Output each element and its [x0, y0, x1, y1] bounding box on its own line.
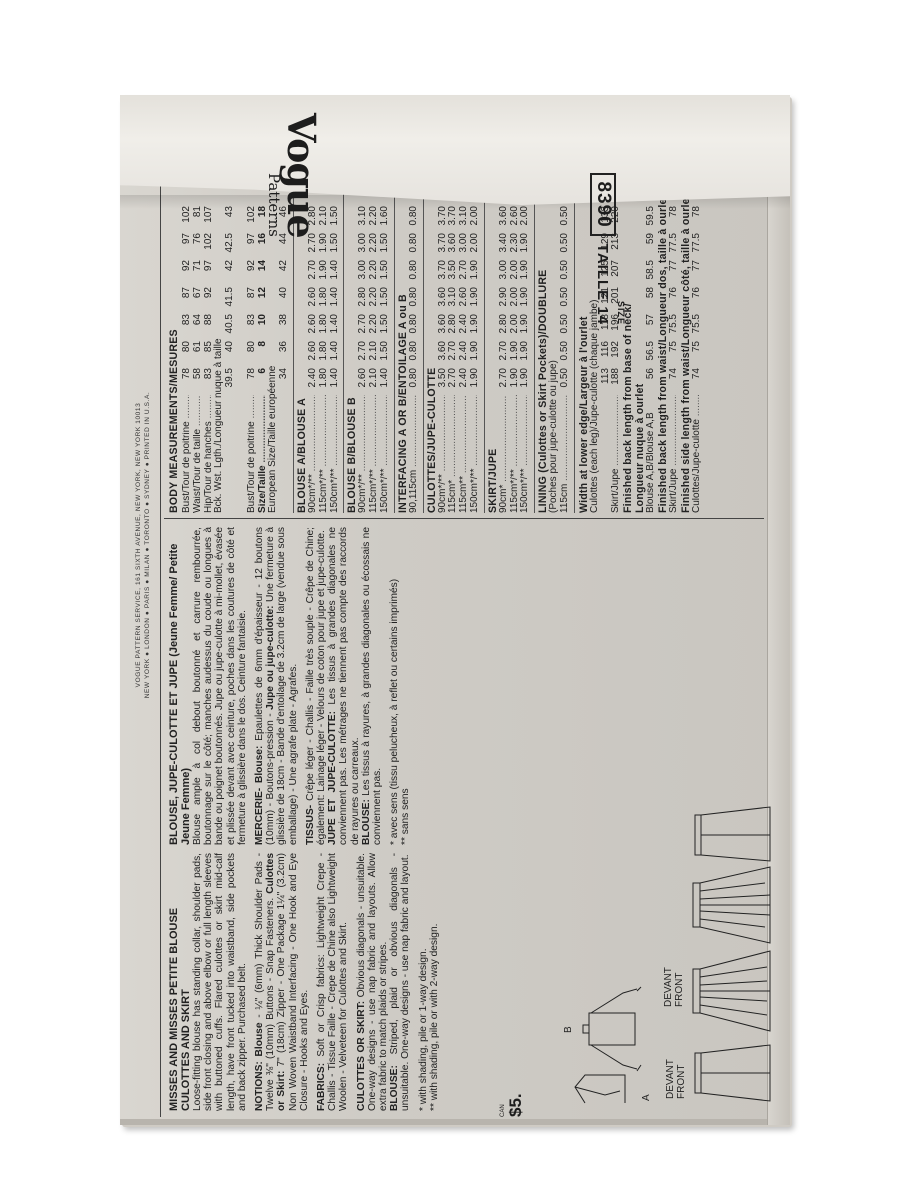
- cell-value: 1.80: [319, 341, 330, 368]
- row-label: Bust/Tour de poitrine: [182, 395, 193, 513]
- cell-value: 0.80: [409, 341, 420, 368]
- row-label: Skirt/Jupe: [611, 395, 622, 513]
- cell-value: 41.5: [225, 287, 236, 314]
- cell-value: 58.5: [646, 260, 657, 287]
- address-line: VOGUE PATTERN SERVICE, 161 SIXTH AVENUE,…: [134, 195, 143, 895]
- cell-value: 1.50: [380, 287, 391, 314]
- french-footnote: ** sans sens: [400, 527, 411, 845]
- cell-value: 1.50: [380, 341, 391, 368]
- cell-value: 1.40: [380, 368, 391, 395]
- row-label: 115cm**: [459, 395, 470, 513]
- french-description: BLOUSE, JUPE-CULOTTE ET JUPE (Jeune Femm…: [168, 527, 412, 845]
- view-b-label: B: [563, 1026, 574, 1033]
- cell-value: 102: [204, 233, 215, 260]
- price-value: $5.: [506, 1093, 525, 1117]
- cell-value: 1.90: [470, 368, 481, 395]
- cell-value: 81: [193, 206, 204, 233]
- english-notions: NOTIONS: Blouse - ¼" (6mm) Thick Shoulde…: [254, 853, 310, 1111]
- cell-value: 43: [225, 206, 236, 233]
- row-label: Culottes/Jupe-culotte: [692, 395, 703, 513]
- size-value: TAILLE 14: [595, 244, 612, 325]
- cell-value: 42.5: [225, 233, 236, 260]
- address-line: NEW YORK ● LONDON ● PARIS ● MILAN ● TORO…: [143, 195, 152, 895]
- row-label: 150cm*/**: [330, 395, 341, 513]
- cell-value: 1.90: [470, 341, 481, 368]
- culottes-front-drawing: [695, 1045, 770, 1101]
- cell-value: 188: [611, 368, 622, 395]
- row-label: Waist/Tour de taille: [193, 395, 204, 513]
- cell-value: 77: [692, 260, 703, 287]
- cell-value: 1.80: [319, 287, 330, 314]
- cell-value: 67: [193, 287, 204, 314]
- cell-value: 1.90: [470, 260, 481, 287]
- cell-value: 0.80: [409, 260, 420, 287]
- english-title: MISSES AND MISSES PETITE BLOUSE CULOTTES…: [168, 853, 192, 1111]
- pattern-envelope-back: VOGUE PATTERN SERVICE, 161 SIXTH AVENUE,…: [120, 95, 790, 1125]
- cell-value: 56.5: [646, 341, 657, 368]
- cell-value: 2.00: [470, 233, 481, 260]
- cell-value: 74: [692, 368, 703, 395]
- cell-value: 59.5: [646, 206, 657, 233]
- cell-value: 1.90: [520, 314, 531, 341]
- cell-value: 92: [204, 287, 215, 314]
- row-label: 90cm*: [499, 395, 510, 513]
- cell-value: 59: [646, 233, 657, 260]
- cell-value: 0.50: [560, 341, 571, 368]
- cell-value: 1.40: [330, 287, 341, 314]
- french-body: Blouse ample à col debout boutonné et ca…: [192, 527, 248, 845]
- cell-value: 1.90: [319, 260, 330, 287]
- cell-value: 77.5: [669, 233, 680, 260]
- cell-value: 1.80: [319, 368, 330, 395]
- french-mercerie: MERCERIE- Blouse: Epaulettes de 6mm d'ép…: [254, 527, 299, 845]
- cell-value: 75: [669, 341, 680, 368]
- row-label: 115cm*/**: [510, 395, 521, 513]
- row-label: 115cm*/**: [369, 395, 380, 513]
- cell-value: 1.90: [520, 287, 531, 314]
- french-jupe-note: JUPE ET JUPE-CULOTTE: Les tissus à grand…: [327, 527, 361, 845]
- skirt-front-drawing-2: [693, 867, 770, 943]
- cell-value: 1.90: [520, 260, 531, 287]
- cell-value: 3.00: [499, 260, 510, 287]
- cell-value: 0.80: [409, 368, 420, 395]
- view-a-label: A: [641, 1094, 652, 1101]
- row-label: 115cm: [560, 395, 571, 513]
- cell-value: 1.40: [330, 314, 341, 341]
- cell-value: 1.50: [330, 206, 341, 233]
- cell-value: 74: [669, 368, 680, 395]
- front-label: DEVANTFRONT: [663, 967, 685, 1007]
- cell-value: 0.50: [560, 206, 571, 233]
- cell-value: 64: [193, 314, 204, 341]
- cell-value: 1.90: [520, 341, 531, 368]
- blouse-b-drawing: [583, 987, 641, 1071]
- cell-value: 3.40: [499, 233, 510, 260]
- english-blouse-note: BLOUSE: Striped, plaid or obvious diagon…: [389, 853, 411, 1111]
- front-label: DEVANTFRONT: [665, 1059, 687, 1099]
- cell-value: 1.40: [330, 260, 341, 287]
- culottes-front-drawing-2: [695, 807, 770, 861]
- cell-value: 1.50: [380, 233, 391, 260]
- cell-value: 2.70: [499, 341, 510, 368]
- cell-value: 2.90: [499, 287, 510, 314]
- cell-value: 1.50: [330, 233, 341, 260]
- english-body: Loose-fitting blouse has standing collar…: [192, 853, 248, 1111]
- cell-value: 107: [204, 206, 215, 233]
- garment-line-drawings: [545, 805, 775, 1105]
- cell-value: 75: [692, 341, 703, 368]
- cell-value: 0.80: [409, 314, 420, 341]
- vogue-logo: Vogue Patterns: [250, 113, 320, 413]
- row-label: 115cm*: [448, 395, 459, 513]
- cell-value: 71: [193, 260, 204, 287]
- cell-value: 1.40: [330, 368, 341, 395]
- english-description: MISSES AND MISSES PETITE BLOUSE CULOTTES…: [168, 853, 440, 1111]
- row-label: 150cm*/**: [470, 395, 481, 513]
- brand-name: Vogue: [282, 113, 320, 413]
- row-label: Skirt/Jupe: [669, 395, 680, 513]
- cell-value: 2.70: [499, 368, 510, 395]
- cell-value: 2.00: [520, 206, 531, 233]
- cell-value: 0.50: [560, 314, 571, 341]
- row-label: [225, 395, 236, 513]
- cell-value: 88: [204, 314, 215, 341]
- cell-value: 1.80: [319, 314, 330, 341]
- cell-value: 1.90: [520, 233, 531, 260]
- cell-value: 78: [692, 206, 703, 233]
- cell-value: 78: [669, 206, 680, 233]
- cell-value: 39.5: [225, 368, 236, 395]
- envelope-flap: [120, 95, 790, 205]
- cell-value: 2.80: [499, 314, 510, 341]
- cell-value: 1.90: [520, 368, 531, 395]
- cell-value: 76: [193, 233, 204, 260]
- cell-value: 0.80: [409, 287, 420, 314]
- cell-value: 76: [669, 287, 680, 314]
- cell-value: 56: [646, 368, 657, 395]
- cell-value: 58: [646, 287, 657, 314]
- cell-value: 0.50: [560, 260, 571, 287]
- cell-value: 61: [193, 341, 204, 368]
- row-label: 150cm*/**: [380, 395, 391, 513]
- row-label: 115cm*/**: [319, 395, 330, 513]
- cell-value: 2.00: [470, 206, 481, 233]
- cell-value: 75.5: [669, 314, 680, 341]
- french-blouse-note: BLOUSE: Les tissus à rayures, à grandes …: [361, 527, 383, 845]
- cell-value: 75.5: [692, 314, 703, 341]
- english-fabrics: FABRICS: Soft or Crisp fabrics: Lightwei…: [316, 853, 350, 1111]
- envelope-edge: [120, 1119, 790, 1125]
- cell-value: 1.90: [470, 287, 481, 314]
- row-label: 150cm*/**: [520, 395, 531, 513]
- cell-value: 40.5: [225, 314, 236, 341]
- cell-value: 3.60: [499, 206, 510, 233]
- cell-value: 77.5: [692, 233, 703, 260]
- column-rule: [164, 518, 764, 519]
- cell-value: 40: [225, 341, 236, 368]
- cell-value: 0.50: [560, 368, 571, 395]
- cell-value: 1.40: [330, 341, 341, 368]
- row-label: Blouse A,B/Blouse A,B: [646, 395, 657, 513]
- cell-value: 1.50: [380, 314, 391, 341]
- cell-value: 1.90: [470, 314, 481, 341]
- cell-value: 0.50: [560, 233, 571, 260]
- english-footnote: * with shading, pile or 1-way design.: [418, 853, 429, 1111]
- french-title: BLOUSE, JUPE-CULOTTE ET JUPE (Jeune Femm…: [168, 527, 192, 845]
- size-and-pattern-number: SIZE 8390 TAILLE 14: [590, 125, 626, 325]
- cell-value: 1.50: [380, 260, 391, 287]
- cell-value: 192: [611, 341, 622, 368]
- cell-value: 42: [225, 260, 236, 287]
- row-label: [601, 395, 612, 513]
- french-tissus: TISSUS- Crêpe léger - Challis - Faille t…: [305, 527, 327, 845]
- cell-value: 97: [204, 260, 215, 287]
- cell-value: 1.60: [380, 206, 391, 233]
- cell-value: 57: [646, 314, 657, 341]
- cell-value: 0.80: [409, 233, 420, 260]
- english-footnote: ** with shading, pile or with 2-way desi…: [429, 853, 440, 1111]
- cell-value: 0.80: [409, 206, 420, 233]
- size-label: SIZE: [616, 125, 626, 325]
- row-label: 90cm*/**: [438, 395, 449, 513]
- price-tag: CAN $5.: [500, 1093, 526, 1117]
- row-label: 90cm*/**: [358, 395, 369, 513]
- pattern-number: 8390: [590, 173, 616, 235]
- technical-drawings: A B DEVANTFRONT DEVANTFRONT: [545, 805, 775, 1105]
- cell-value: 0.50: [560, 287, 571, 314]
- cell-value: 58: [193, 368, 204, 395]
- cell-value: 76: [692, 287, 703, 314]
- english-culottes-note: CULOTTES OR SKIRT: Obvious diagonals - u…: [356, 853, 390, 1111]
- publisher-address: VOGUE PATTERN SERVICE, 161 SIXTH AVENUE,…: [134, 195, 152, 895]
- skirt-front-drawing-1: [693, 951, 770, 1031]
- row-label: 90,115cm: [409, 395, 420, 513]
- cell-value: 77: [669, 260, 680, 287]
- french-footnote: * avec sens (tissu pelucheux, à reflet o…: [389, 527, 400, 845]
- top-rule: [160, 117, 161, 1117]
